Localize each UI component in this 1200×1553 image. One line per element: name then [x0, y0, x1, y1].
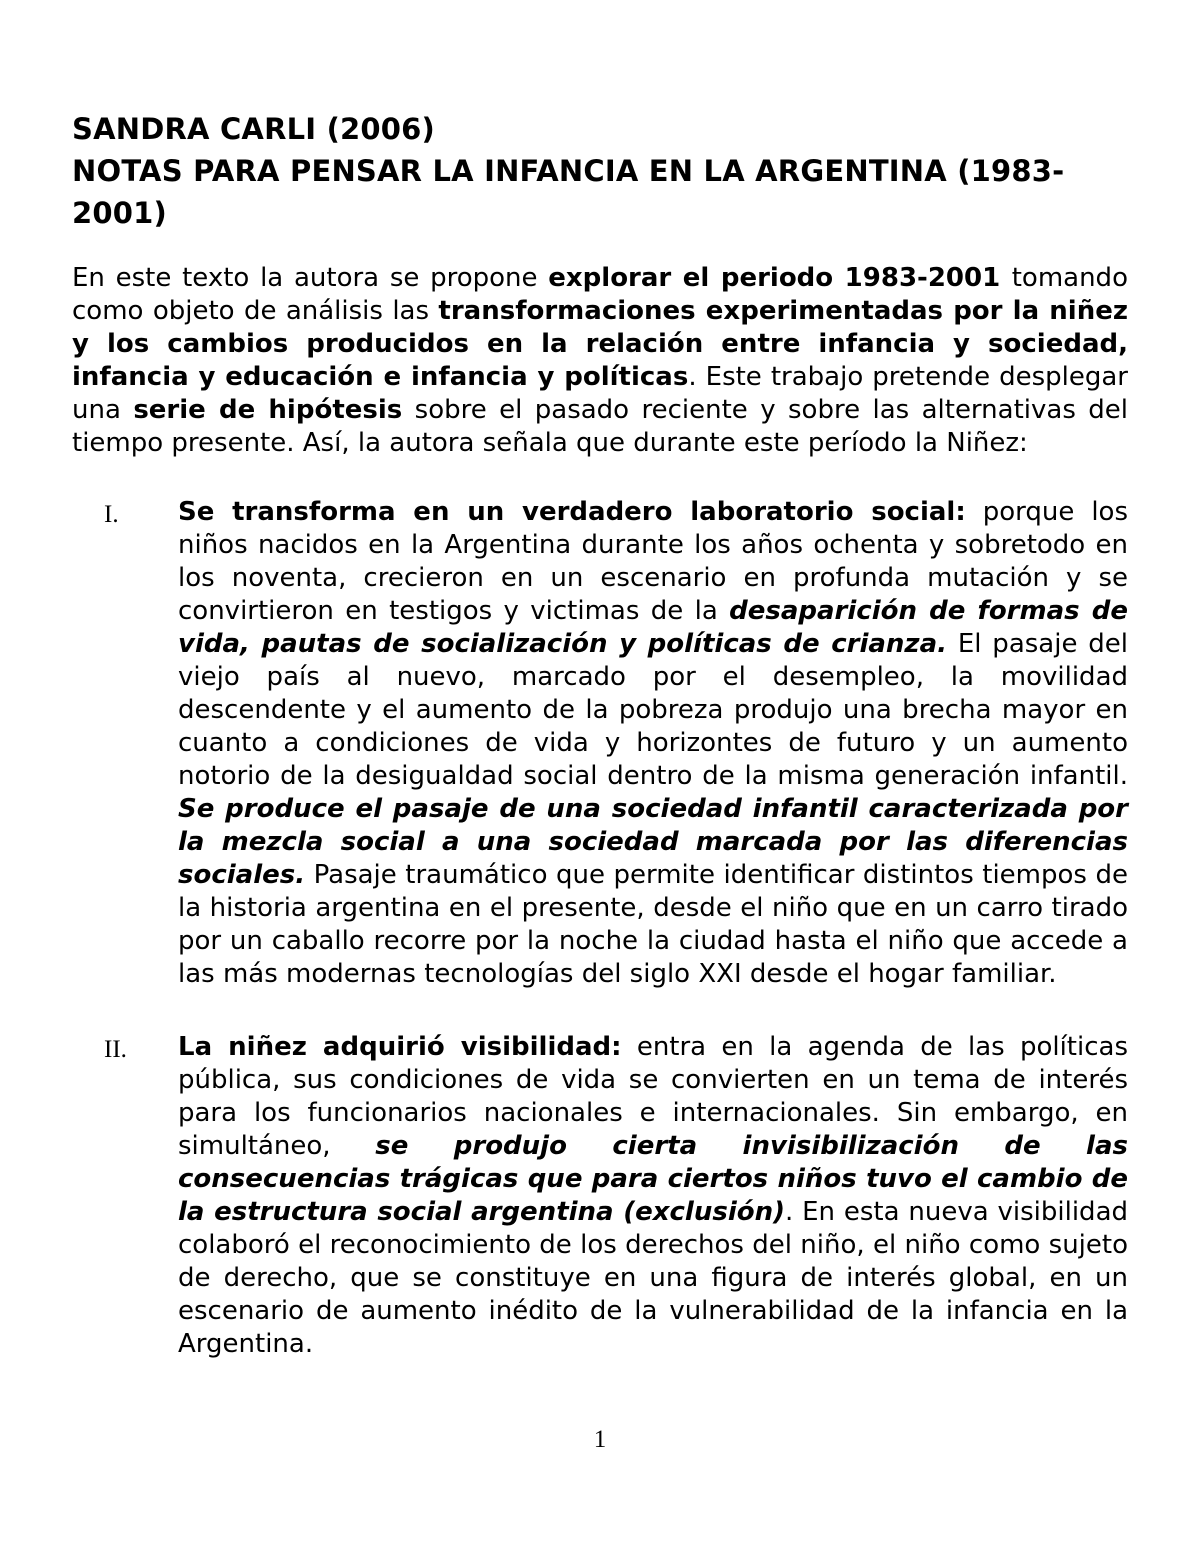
list-item-2-text: La niñez adquirió visibilidad: entra en …	[178, 1032, 1128, 1359]
roman-numeral-1: I.	[104, 498, 119, 531]
list-item-1-text: Se transforma en un verdadero laboratori…	[178, 497, 1128, 989]
page-number: 1	[0, 1426, 1200, 1454]
document-header: SANDRA CARLI (2006) NOTAS PARA PENSAR LA…	[72, 108, 1128, 234]
document-title: NOTAS PARA PENSAR LA INFANCIA EN LA ARGE…	[72, 150, 1128, 234]
author-year-line: SANDRA CARLI (2006)	[72, 108, 1128, 150]
list-item-2: II. La niñez adquirió visibilidad: entra…	[178, 1031, 1128, 1361]
document-page: SANDRA CARLI (2006) NOTAS PARA PENSAR LA…	[0, 0, 1200, 1553]
intro-paragraph: En este texto la autora se propone explo…	[72, 262, 1128, 460]
list-item-1: I. Se transforma en un verdadero laborat…	[178, 496, 1128, 991]
roman-numeral-2: II.	[104, 1033, 127, 1066]
